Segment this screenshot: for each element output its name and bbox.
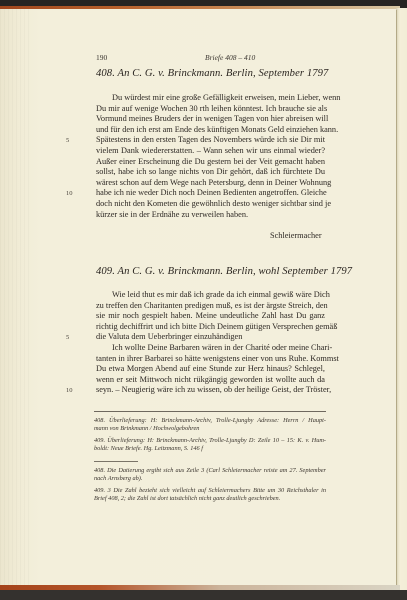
transmission-409-line-2: boldt: Neue Briefe. Hg. Leitzmann, S. 14… xyxy=(94,445,326,453)
note-409-line-1: 409. 3 Die Zahl bezieht sich vielleicht … xyxy=(94,487,326,495)
letter-409-line-1: Wie leid thut es mir daß ich grade da ic… xyxy=(112,290,325,301)
line-number-5: 5 xyxy=(66,334,69,341)
letter-409-line-3: sie mir noch gespielt haben. Meine undeu… xyxy=(96,311,325,322)
letter-408-line-6: vielem Dank wiedererstatten. – Wann sehe… xyxy=(96,146,325,157)
letter-heading-409: 409. An C. G. v. Brinckmann. Berlin, woh… xyxy=(96,266,352,277)
letter-408-line-8: sollst, habe ich so lange nichts von Dir… xyxy=(96,167,325,178)
line-number-10: 10 xyxy=(66,190,73,197)
letter-408-line-7: Außer einer Erscheinung die Du gestern b… xyxy=(96,157,325,168)
letter-409-line-5: die Valuta dem Ueberbringer einzuhändige… xyxy=(96,332,325,343)
letter-408-line-10: habe ich nie weder Dich noch Deinen Bedi… xyxy=(96,188,325,199)
letter-408-line-2: Du mir auf wenige Wochen 30 rth leihen k… xyxy=(96,104,325,115)
line-number-5: 5 xyxy=(66,137,69,144)
letter-408-line-12: kürzer sie in der Erdnähe zu verweilen h… xyxy=(96,210,325,221)
letter-409-line-6: Ich wollte Deine Barbaren wären in der C… xyxy=(112,343,325,354)
letter-408-line-1: Du würdest mir eine große Gefälligkeit e… xyxy=(112,93,325,104)
signature: Schleiermacher xyxy=(270,231,322,240)
letter-408-line-3: Vormund meines Bruders der in wenigen Ta… xyxy=(96,114,325,125)
notes-rule xyxy=(94,461,138,462)
letter-409-line-10: seyn. – Neugierig wäre ich zu wissen, ob… xyxy=(96,385,325,396)
transmission-409-line-1: 409. Überlieferung: H: Brinckmann-Archiv… xyxy=(94,437,326,445)
letter-409-line-9: wenn er seit Mittwoch nicht rükgängig ge… xyxy=(96,375,325,386)
letter-408-line-9: wärest schon auf dem Wege nach Petersbur… xyxy=(96,178,325,189)
page-content: 190 Briefe 408 – 410 408. An C. G. v. Br… xyxy=(0,0,407,600)
note-409-line-2: Brief 408, 2; die Zahl ist dort tatsächl… xyxy=(94,495,326,503)
note-408-line-1: 408. Die Datierung ergibt sich aus Zeile… xyxy=(94,467,326,475)
letter-heading-408: 408. An C. G. v. Brinckmann. Berlin, Sep… xyxy=(96,68,328,79)
letter-409-line-2: zu treffen den Charitanten predigen muß,… xyxy=(96,301,325,312)
letter-408-line-5: Spätestens in den ersten Tagen des Novem… xyxy=(96,135,325,146)
apparatus-rule xyxy=(94,411,326,412)
page-number: 190 xyxy=(96,53,107,62)
line-number-10: 10 xyxy=(66,387,73,394)
letter-409-line-7: tanten in ihrer Barbarei so hätte wenigs… xyxy=(96,354,325,365)
letter-408-line-11: doch nicht den Kometen die gewöhnlich de… xyxy=(96,199,325,210)
transmission-408-line-1: 408. Überlieferung: H: Brinckmann-Archiv… xyxy=(94,417,326,425)
letter-409-line-8: Du etwa Morgen Abend auf eine Stunde zur… xyxy=(96,364,325,375)
letter-408-line-4: und für den ich erst am Ende des künftig… xyxy=(96,125,325,136)
note-408-line-2: nach Arnsberg ab). xyxy=(94,475,326,483)
transmission-408-line-2: mann von Brinkmann / Hochwolgebohren xyxy=(94,425,326,433)
letter-409-line-4: richtig dechiffrirt und ich bitte Dich D… xyxy=(96,322,325,333)
running-title: Briefe 408 – 410 xyxy=(205,53,255,62)
